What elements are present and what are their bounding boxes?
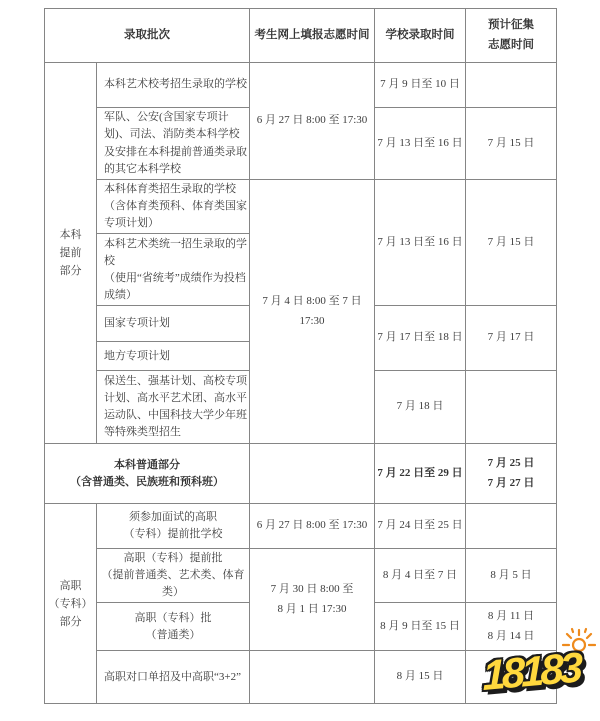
- cell-batch-military-police: 军队、公安(含国家专项计划)、司法、消防类本科学校及安排在本科提前普通类录取的其…: [97, 108, 250, 180]
- table-row: 高职 （专科） 部分 须参加面试的高职 （专科）提前批学校 6 月 27 日 8…: [45, 504, 557, 549]
- table-row: 本科普通部分 （含普通类、民族班和预科班） 7 月 22 日至 29 日 7 月…: [45, 444, 557, 504]
- cell-fill-time-empty-r8: [250, 444, 375, 504]
- cell-admit-time-plans: 7 月 17 日至 18 日: [375, 306, 466, 371]
- cell-admit-time-vocational-early: 8 月 4 日至 7 日: [375, 549, 466, 603]
- group-label-undergrad-early: 本科 提前 部分: [45, 63, 97, 444]
- cell-batch-undergrad-general: 本科普通部分 （含普通类、民族班和预科班）: [45, 444, 250, 504]
- cell-fill-time-jun27-vocational: 6 月 27 日 8:00 至 17:30: [250, 504, 375, 549]
- header-collect-time: 预计征集 志愿时间: [466, 9, 557, 63]
- table-row: 本科体育类招生录取的学校 （含体育类预科、体育类国家专项计划） 7 月 4 日 …: [45, 180, 557, 234]
- cell-collect-time-empty-r9: [466, 504, 557, 549]
- cell-collect-time-sports-art: 7 月 15 日: [466, 180, 557, 306]
- cell-admit-time-vocational-general: 8 月 9 日至 15 日: [375, 603, 466, 651]
- cell-batch-interview-vocational: 须参加面试的高职 （专科）提前批学校: [97, 504, 250, 549]
- header-admission-batch: 录取批次: [45, 9, 250, 63]
- cell-batch-art-exam: 本科艺术校考招生录取的学校: [97, 63, 250, 108]
- cell-batch-vocational-single: 高职对口单招及中高职“3+2”: [97, 651, 250, 704]
- admission-schedule-page: 录取批次 考生网上填报志愿时间 学校录取时间 预计征集 志愿时间 本科 提前 部…: [0, 0, 600, 721]
- header-fill-time: 考生网上填报志愿时间: [250, 9, 375, 63]
- cell-admit-time-sports-art: 7 月 13 日至 16 日: [375, 180, 466, 306]
- cell-collect-time-military: 7 月 15 日: [466, 108, 557, 180]
- cell-collect-time-empty-r7: [466, 371, 557, 444]
- table-admission-schedule: 录取批次 考生网上填报志愿时间 学校录取时间 预计征集 志愿时间 本科 提前 部…: [44, 8, 557, 704]
- cell-admit-time-interview: 7 月 24 日至 25 日: [375, 504, 466, 549]
- cell-batch-sports: 本科体育类招生录取的学校 （含体育类预科、体育类国家专项计划）: [97, 180, 250, 234]
- cell-collect-time-empty-r1: [466, 63, 557, 108]
- cell-batch-special-types: 保送生、强基计划、高校专项计划、高水平艺术团、高水平运动队、中国科技大学少年班等…: [97, 371, 250, 444]
- cell-batch-vocational-general: 高职（专科）批 （普通类）: [97, 603, 250, 651]
- cell-batch-art-unified: 本科艺术类统一招生录取的学校 （使用“省统考”成绩作为投档成绩）: [97, 234, 250, 306]
- cell-fill-time-jun27: 6 月 27 日 8:00 至 17:30: [250, 63, 375, 180]
- cell-fill-time-jul4: 7 月 4 日 8:00 至 7 日 17:30: [250, 180, 375, 444]
- cell-batch-national-plan: 国家专项计划: [97, 306, 250, 342]
- 18183-logo-text: 18183: [482, 643, 579, 700]
- cell-admit-time-vocational-single: 8 月 15 日: [375, 651, 466, 704]
- cell-admit-time-undergrad-general: 7 月 22 日至 29 日: [375, 444, 466, 504]
- cell-fill-time-jul30: 7 月 30 日 8:00 至 8 月 1 日 17:30: [250, 549, 375, 651]
- cell-collect-time-vocational-early: 8 月 5 日: [466, 549, 557, 603]
- cell-batch-vocational-early: 高职（专科）提前批 （提前普通类、艺术类、体育类）: [97, 549, 250, 603]
- cell-fill-time-empty-r12: [250, 651, 375, 704]
- cell-admit-time-art-exam: 7 月 9 日至 10 日: [375, 63, 466, 108]
- cell-collect-time-undergrad-general: 7 月 25 日 7 月 27 日: [466, 444, 557, 504]
- table-row: 本科 提前 部分 本科艺术校考招生录取的学校 6 月 27 日 8:00 至 1…: [45, 63, 557, 108]
- header-row: 录取批次 考生网上填报志愿时间 学校录取时间 预计征集 志愿时间: [45, 9, 557, 63]
- header-admit-time: 学校录取时间: [375, 9, 466, 63]
- group-label-vocational: 高职 （专科） 部分: [45, 504, 97, 704]
- table-row: 高职对口单招及中高职“3+2” 8 月 15 日: [45, 651, 557, 704]
- cell-admit-time-special: 7 月 18 日: [375, 371, 466, 444]
- cell-admit-time-military: 7 月 13 日至 16 日: [375, 108, 466, 180]
- cell-batch-local-plan: 地方专项计划: [97, 342, 250, 371]
- table-row: 高职（专科）提前批 （提前普通类、艺术类、体育类） 7 月 30 日 8:00 …: [45, 549, 557, 603]
- cell-collect-time-plans: 7 月 17 日: [466, 306, 557, 371]
- 18183-watermark: 18183: [483, 626, 600, 721]
